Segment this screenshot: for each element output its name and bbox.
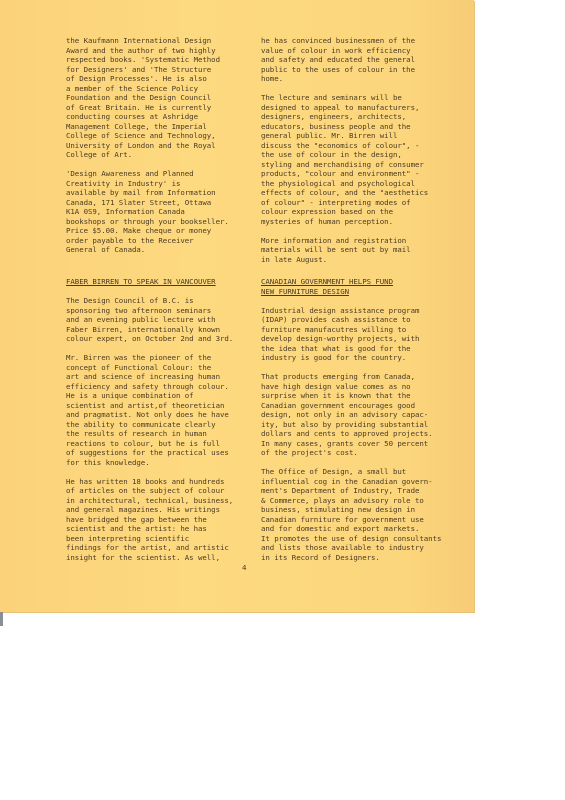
article-faber-birren: FABER BIRREN TO SPEAK IN VANCOUVER The D…: [66, 277, 251, 572]
article-heading: CANADIAN GOVERNMENT HELPS FUND NEW FURNI…: [261, 277, 446, 296]
paragraph: 'Design Awareness and Planned Creativity…: [66, 169, 251, 255]
paragraph: The lecture and seminars will be designe…: [261, 93, 446, 226]
paragraph: The Office of Design, a small but influe…: [261, 467, 446, 562]
article-heading: FABER BIRREN TO SPEAK IN VANCOUVER: [66, 277, 251, 287]
paragraph: The Design Council of B.C. is sponsoring…: [66, 296, 251, 344]
article-continuation-left: the Kaufmann International Design Award …: [66, 36, 251, 264]
paragraph: Industrial design assistance program (ID…: [261, 306, 446, 363]
page-number: 4: [242, 563, 246, 572]
paragraph: the Kaufmann International Design Award …: [66, 36, 251, 160]
paragraph: Mr. Birren was the pioneer of the concep…: [66, 353, 251, 467]
scan-edge-mark: [0, 612, 3, 626]
paragraph: he has convinced businessmen of the valu…: [261, 36, 446, 84]
paragraph: More information and registration materi…: [261, 236, 446, 265]
paragraph: That products emerging from Canada, have…: [261, 372, 446, 458]
paragraph: He has written 18 books and hundreds of …: [66, 477, 251, 563]
article-government-fund: CANADIAN GOVERNMENT HELPS FUND NEW FURNI…: [261, 277, 446, 572]
scanned-page: the Kaufmann International Design Award …: [0, 0, 474, 612]
article-continuation-right: he has convinced businessmen of the valu…: [261, 36, 446, 274]
